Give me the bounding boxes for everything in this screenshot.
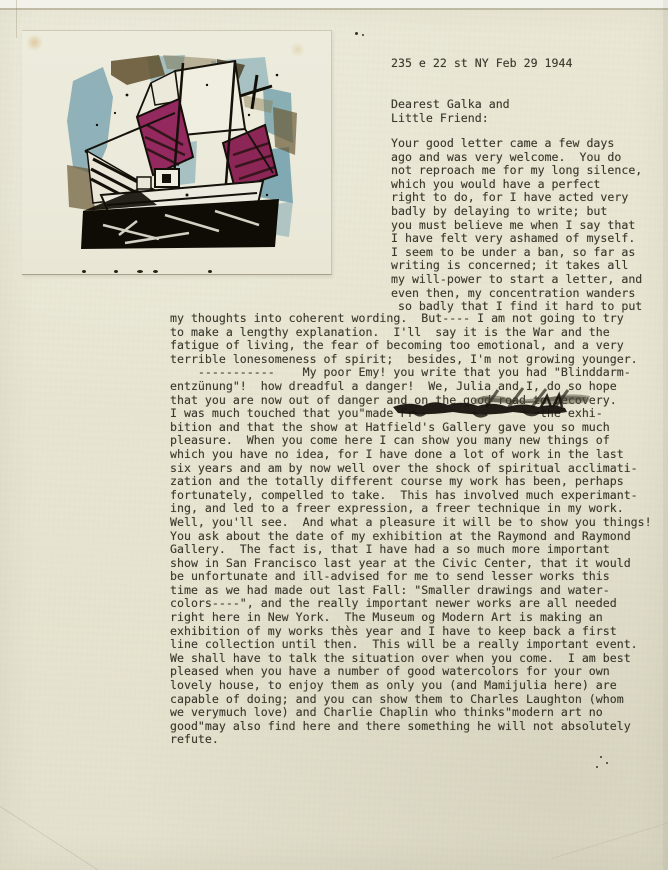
ink-dot (153, 270, 158, 273)
salutation: Dearest Galka and Little Friend: (391, 98, 510, 125)
ink-speck (362, 34, 364, 36)
ship-woodcut-print (67, 55, 299, 251)
letter-body-text: my thoughts into coherent wording. But--… (170, 312, 652, 747)
letter-page: 235 e 22 st NY Feb 29 1944 Dearest Galka… (0, 0, 668, 870)
scan-top-edge (0, 0, 668, 8)
ink-dot (82, 270, 86, 273)
date-line: 235 e 22 st NY Feb 29 1944 (391, 57, 572, 71)
ink-dot (114, 270, 118, 273)
ink-speck (606, 762, 608, 764)
paper-crease (0, 802, 99, 870)
paper-crease (552, 821, 668, 859)
ink-dot (208, 270, 212, 273)
letter-column-text: Your good letter came a few days ago and… (391, 137, 642, 314)
ink-speck (600, 756, 602, 758)
paper-right-shade (663, 0, 668, 870)
artwork-card (22, 30, 332, 275)
ink-dot (137, 270, 143, 273)
paper-top-edge-line (0, 8, 668, 10)
ink-speck (355, 32, 358, 35)
paper-left-edge-line (16, 0, 17, 38)
ink-speck (596, 766, 598, 768)
